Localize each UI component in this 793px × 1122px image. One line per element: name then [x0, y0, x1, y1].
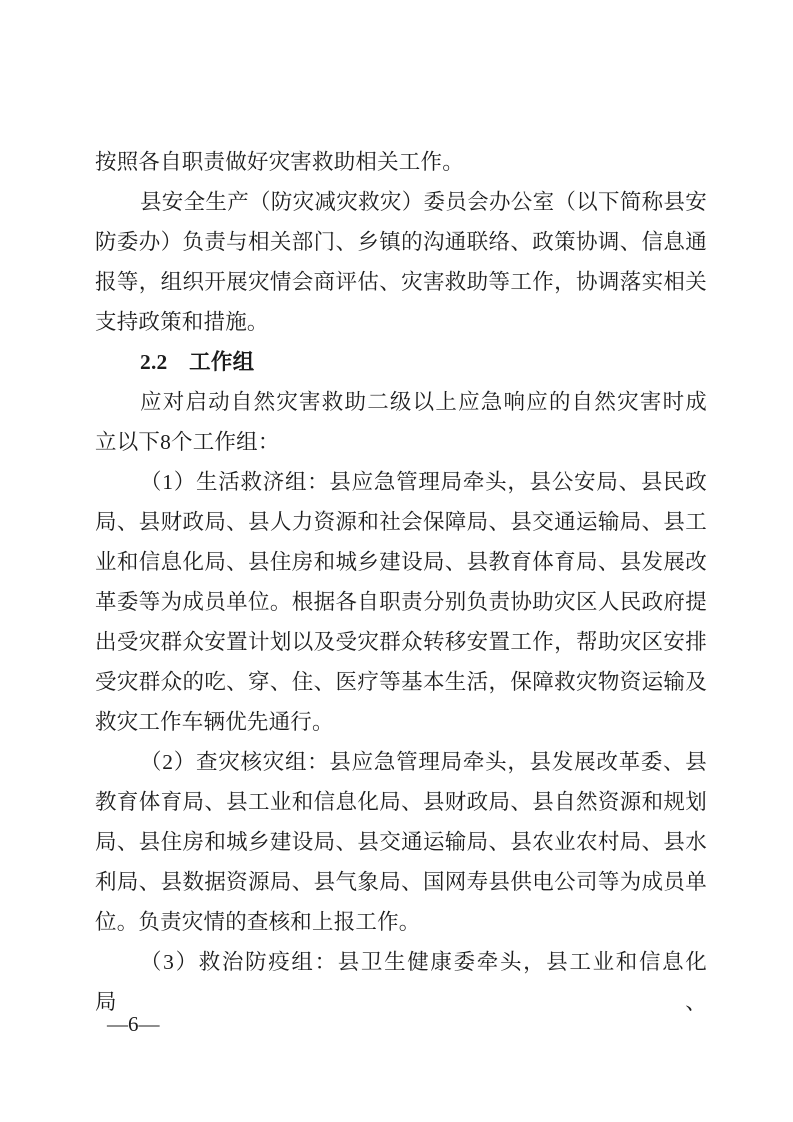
paragraph-line: 业和信息化局、县住房和城乡建设局、县教育体育局、县发展改 [95, 542, 707, 582]
paragraph-line: 局、县财政局、县人力资源和社会保障局、县交通运输局、县工 [95, 502, 707, 542]
page-number: —6— [107, 1004, 160, 1044]
paragraph-line: 应对启动自然灾害救助二级以上应急响应的自然灾害时成 [95, 382, 707, 422]
paragraph-line: 防委办）负责与相关部门、乡镇的沟通联络、政策协调、信息通 [95, 222, 707, 262]
paragraph-line: 救灾工作车辆优先通行。 [95, 702, 707, 742]
paragraph-line: 报等，组织开展灾情会商评估、灾害救助等工作，协调落实相关 [95, 262, 707, 302]
paragraph-line: 教育体育局、县工业和信息化局、县财政局、县自然资源和规划 [95, 782, 707, 822]
paragraph-line: 位。负责灾情的查核和上报工作。 [95, 902, 707, 942]
paragraph-line: 利局、县数据资源局、县气象局、国网寿县供电公司等为成员单 [95, 862, 707, 902]
paragraph-line: （3）救治防疫组：县卫生健康委牵头，县工业和信息化局、 [95, 942, 707, 982]
paragraph-line: 受灾群众的吃、穿、住、医疗等基本生活，保障救灾物资运输及 [95, 662, 707, 702]
document-page: 按照各自职责做好灾害救助相关工作。 县安全生产（防灾减灾救灾）委员会办公室（以下… [0, 0, 793, 1122]
paragraph-line: （2）查灾核灾组：县应急管理局牵头，县发展改革委、县 [95, 742, 707, 782]
text-block: 按照各自职责做好灾害救助相关工作。 县安全生产（防灾减灾救灾）委员会办公室（以下… [95, 142, 707, 982]
paragraph-line: 按照各自职责做好灾害救助相关工作。 [95, 142, 707, 182]
paragraph-line: 出受灾群众安置计划以及受灾群众转移安置工作，帮助灾区安排 [95, 622, 707, 662]
paragraph-line: 革委等为成员单位。根据各自职责分别负责协助灾区人民政府提 [95, 582, 707, 622]
section-heading: 2.2 工作组 [95, 342, 707, 382]
paragraph-line: 立以下8个工作组： [95, 422, 707, 462]
paragraph-line: 县安全生产（防灾减灾救灾）委员会办公室（以下简称县安 [95, 182, 707, 222]
paragraph-line: （1）生活救济组：县应急管理局牵头，县公安局、县民政 [95, 462, 707, 502]
paragraph-line: 支持政策和措施。 [95, 302, 707, 342]
paragraph-line: 局、县住房和城乡建设局、县交通运输局、县农业农村局、县水 [95, 822, 707, 862]
